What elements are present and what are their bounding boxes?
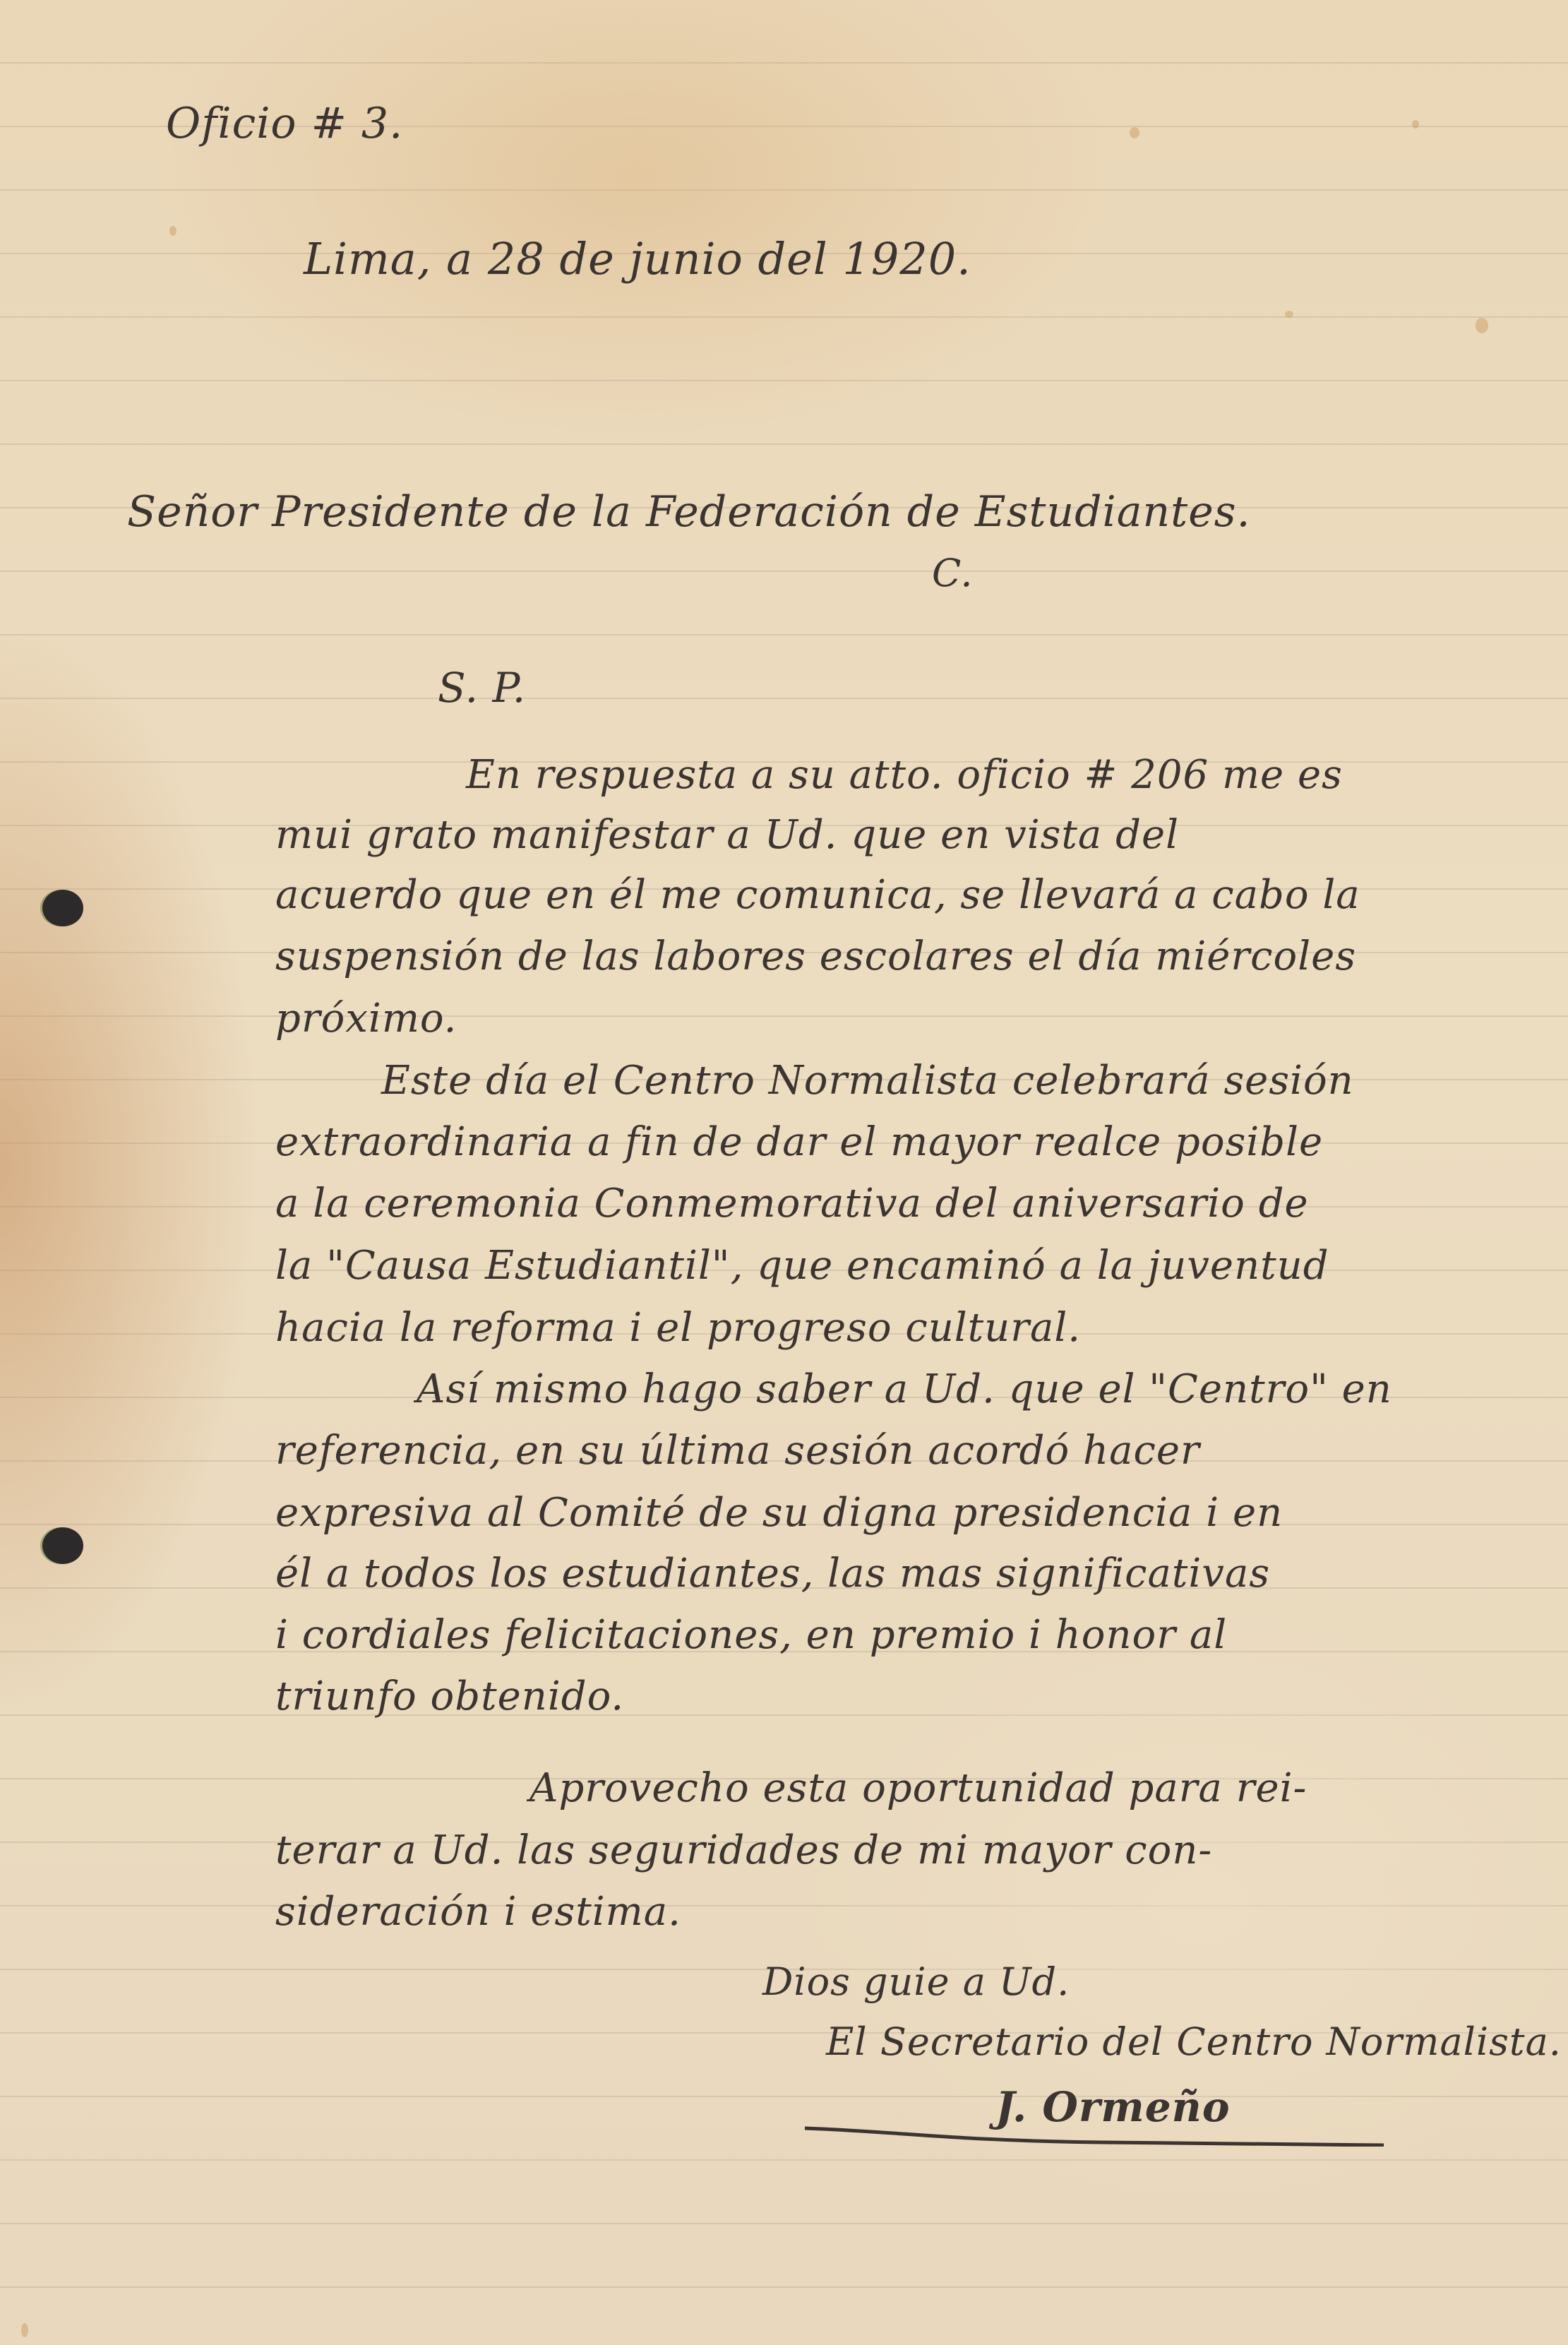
signature: J. Ormeño xyxy=(995,2083,1231,2131)
body-line: expresiva al Comité de su digna presiden… xyxy=(275,1490,1283,1536)
body-line: triunfo obtenido. xyxy=(275,1673,624,1719)
body-line: terar a Ud. las seguridades de mi mayor … xyxy=(275,1827,1212,1873)
body-line: referencia, en su última sesión acordó h… xyxy=(275,1428,1200,1474)
body-line: hacia la reforma i el progreso cultural. xyxy=(275,1305,1081,1351)
body-line: En respuesta a su atto. oficio # 206 me … xyxy=(466,752,1343,798)
body-line: Este día el Centro Normalista celebrará … xyxy=(381,1058,1354,1104)
salutation: S. P. xyxy=(438,664,526,712)
addressee: Señor Presidente de la Federación de Est… xyxy=(127,487,1251,537)
body-line: extraordinaria a fin de dar el mayor rea… xyxy=(275,1119,1323,1165)
body-line: Aprovecho esta oportunidad para rei- xyxy=(529,1765,1307,1811)
signatory-title: El Secretario del Centro Normalista. xyxy=(826,2019,1562,2064)
punch-hole-top xyxy=(42,890,83,926)
body-line: a la ceremonia Conmemorativa del anivers… xyxy=(275,1181,1309,1227)
foxing-spot xyxy=(1285,311,1293,318)
document-reference: Oficio # 3. xyxy=(166,99,403,148)
body-line: sideración i estima. xyxy=(275,1889,681,1935)
body-line: i cordiales felicitaciones, en premio i … xyxy=(275,1612,1227,1658)
letter-page: Oficio # 3. Lima, a 28 de junio del 1920… xyxy=(0,0,1568,2345)
foxing-spot xyxy=(21,2323,28,2337)
foxing-spot xyxy=(1130,127,1139,138)
body-line: acuerdo que en él me comunica, se llevar… xyxy=(275,872,1360,918)
addressee-suffix: C. xyxy=(932,551,974,595)
body-line: la "Causa Estudiantil", que encaminó a l… xyxy=(275,1243,1329,1289)
body-line: Así mismo hago saber a Ud. que el "Centr… xyxy=(417,1366,1392,1412)
body-line: próximo. xyxy=(275,996,457,1042)
foxing-spot xyxy=(169,226,176,236)
place-date: Lima, a 28 de junio del 1920. xyxy=(304,233,971,285)
body-line: suspensión de las labores escolares el d… xyxy=(275,933,1356,979)
closing: Dios guie a Ud. xyxy=(762,1959,1070,2004)
signature-underline-flourish xyxy=(805,2125,1384,2147)
body-line: mui grato manifestar a Ud. que en vista … xyxy=(275,812,1179,858)
punch-hole-bottom xyxy=(42,1527,83,1564)
body-line: él a todos los estudiantes, las mas sign… xyxy=(275,1551,1270,1597)
foxing-spot xyxy=(1476,318,1488,333)
foxing-spot xyxy=(1412,120,1419,129)
